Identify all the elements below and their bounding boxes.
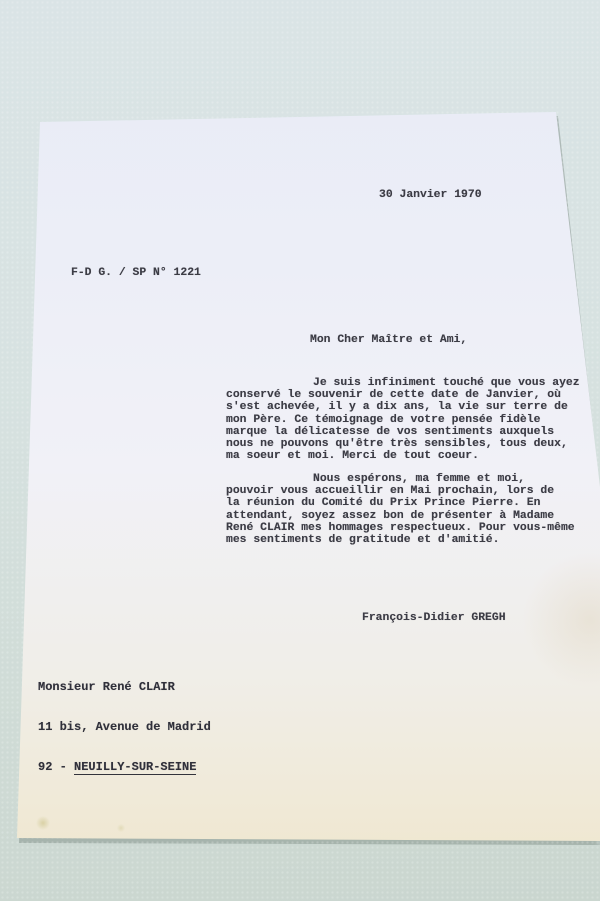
paragraph-line: conservé le souvenir de cette date de Ja… [226, 389, 576, 401]
recipient-name: Monsieur René CLAIR [38, 681, 211, 694]
paragraph-line: attendant, soyez assez bon de présenter … [226, 510, 582, 522]
letter-photo: 30 Janvier 1970 F-D G. / SP N° 1221 Mon … [0, 0, 600, 901]
paragraph-line: pouvoir vous accueillir en Mai prochain,… [226, 485, 582, 497]
recipient-city: NEUILLY-SUR-SEINE [74, 760, 196, 776]
paragraph-line: marque la délicatesse de vos sentiments … [226, 426, 576, 438]
paragraph-line: René CLAIR mes hommages respectueux. Pou… [226, 522, 582, 534]
letter-reference: F-D G. / SP N° 1221 [71, 267, 201, 279]
letter-paragraph-2: Nous espérons, ma femme et moi, pouvoir … [226, 473, 582, 546]
paragraph-line: la réunion du Comité du Prix Prince Pier… [226, 497, 582, 509]
recipient-address-block: Monsieur René CLAIR 11 bis, Avenue de Ma… [38, 655, 211, 800]
paragraph-line: nous ne pouvons qu'être très sensibles, … [226, 438, 576, 450]
letter-signature: François-Didier GREGH [362, 612, 506, 624]
paragraph-line: s'est achevée, il y a dix ans, la vie su… [226, 401, 576, 413]
paragraph-line: ma soeur et moi. Merci de tout coeur. [226, 450, 576, 462]
letter-text-layer: 30 Janvier 1970 F-D G. / SP N° 1221 Mon … [0, 0, 600, 901]
letter-paragraph-1: Je suis infiniment touché que vous ayez … [226, 377, 576, 462]
paragraph-line: mon Père. Ce témoignage de votre pensée … [226, 414, 576, 426]
letter-salutation: Mon Cher Maître et Ami, [310, 334, 467, 346]
paragraph-line: Je suis infiniment touché que vous ayez [226, 377, 576, 389]
paragraph-line: mes sentiments de gratitude et d'amitié. [226, 534, 582, 546]
recipient-street: 11 bis, Avenue de Madrid [38, 721, 211, 734]
recipient-city-line: 92 - NEUILLY-SUR-SEINE [38, 761, 211, 774]
letter-date: 30 Janvier 1970 [379, 189, 482, 201]
paragraph-line: Nous espérons, ma femme et moi, [226, 473, 582, 485]
recipient-postal-prefix: 92 - [38, 760, 74, 774]
